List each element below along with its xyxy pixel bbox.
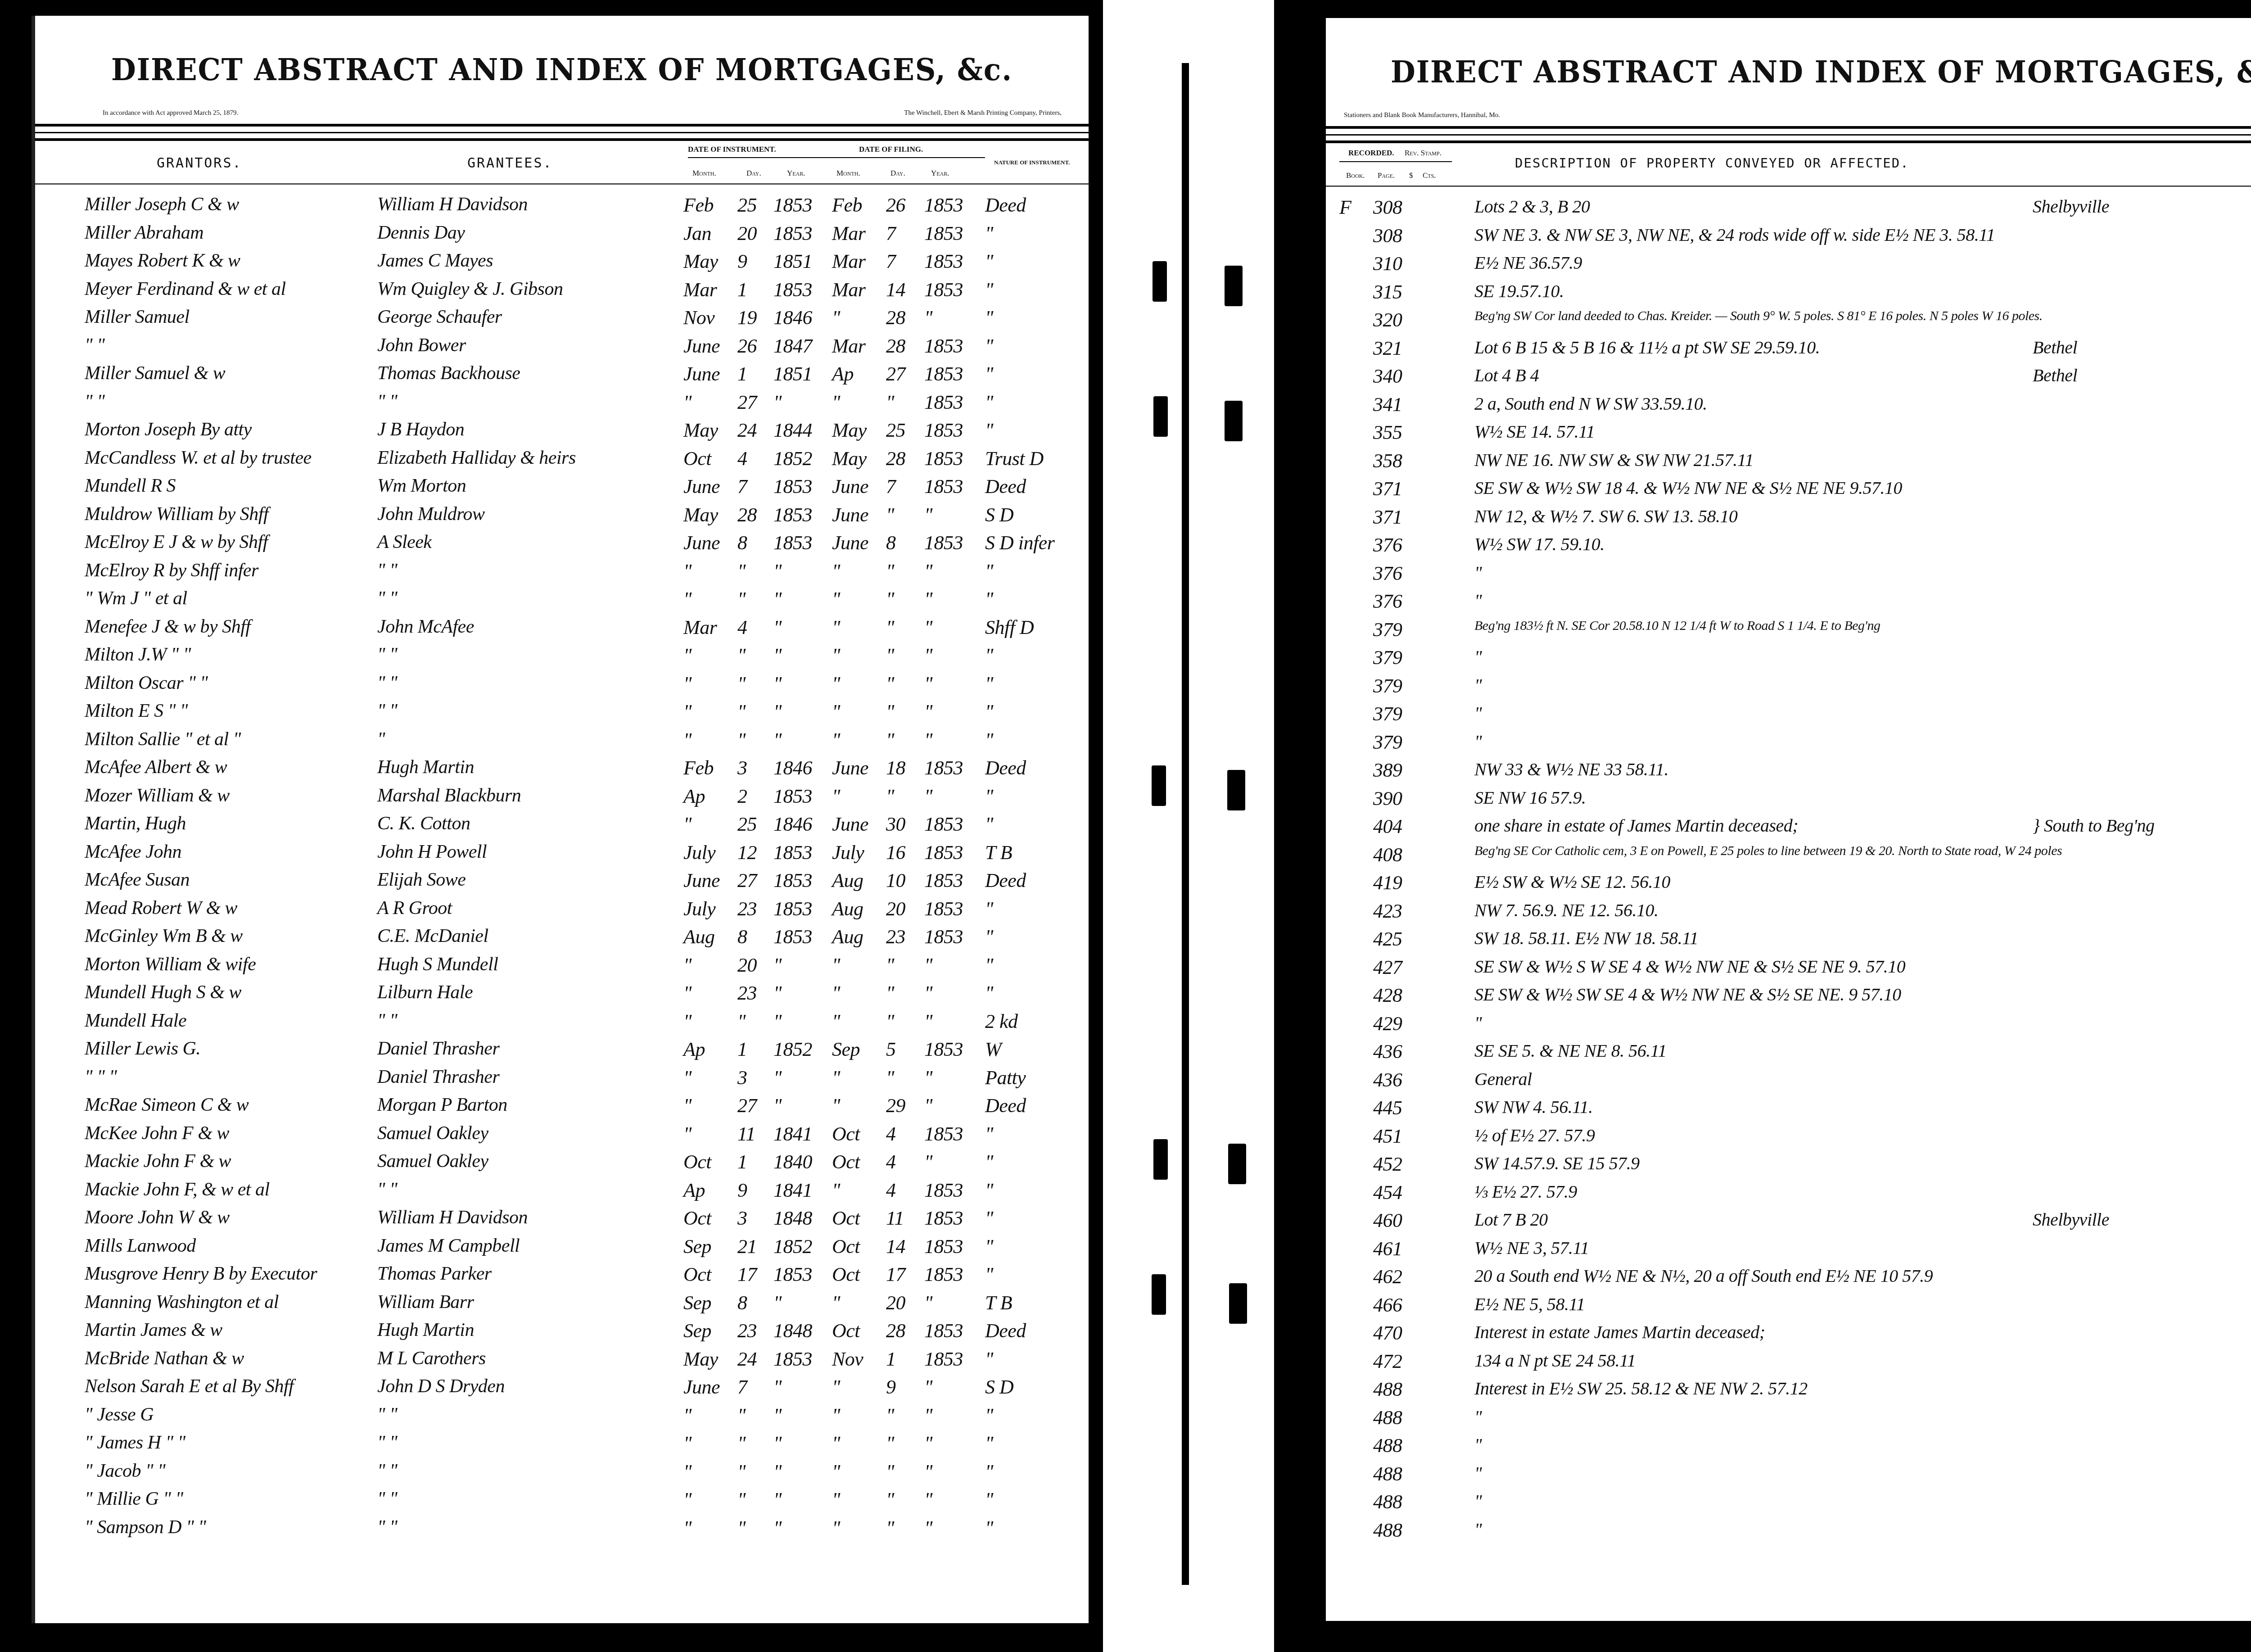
instrument-year: ": [773, 588, 782, 611]
grantee-name: Elijah Sowe: [377, 869, 466, 891]
instrument-day: 8: [737, 925, 747, 948]
binding-tab: [1153, 1139, 1168, 1180]
property-description: ": [1474, 1012, 1482, 1033]
property-description: SW NE 3. & NW SE 3, NW NE, & 24 rods wid…: [1474, 224, 1995, 245]
instrument-day: 20: [737, 954, 757, 977]
nature-of-instrument: S D: [985, 1376, 1013, 1399]
property-description: W½ NE 3, 57.11: [1474, 1237, 1589, 1258]
filing-year: 1853: [924, 1263, 963, 1286]
instrument-month: June: [683, 531, 720, 554]
book-letter: F: [1339, 196, 1351, 219]
grantee-name: J B Haydon: [377, 419, 464, 440]
instrument-month: Feb: [683, 194, 714, 217]
filing-year: 1853: [924, 278, 963, 301]
filing-year: 1853: [924, 194, 963, 217]
nature-of-instrument: ": [985, 1207, 993, 1230]
filing-day: ": [886, 1066, 894, 1089]
nature-of-instrument: ": [985, 785, 993, 808]
grantor-name: McAfee Susan: [85, 869, 190, 891]
nature-of-instrument: ": [985, 419, 993, 442]
instrument-year: 1853: [773, 1348, 812, 1371]
instrument-month: ": [683, 1094, 692, 1117]
nature-of-instrument: ": [985, 1404, 993, 1427]
page-number: 408: [1373, 843, 1402, 866]
filing-year: 1853: [924, 335, 963, 358]
filing-month: ": [832, 700, 840, 723]
instrument-month: Sep: [683, 1291, 711, 1314]
filing-year: 1853: [924, 1207, 963, 1230]
filing-day: ": [886, 729, 894, 751]
printer-note: The Winchell, Ebert & Marsh Printing Com…: [904, 109, 1062, 117]
instrument-day: 19: [737, 306, 757, 329]
filing-month: Oct: [832, 1122, 860, 1145]
property-description: E½ SW & W½ SE 12. 56.10: [1474, 871, 1670, 892]
filing-month: June: [832, 475, 868, 498]
page-number: 320: [1373, 308, 1402, 331]
filing-month: Oct: [832, 1235, 860, 1258]
instrument-year: 1853: [773, 475, 812, 498]
filing-day: 28: [886, 306, 905, 329]
grantor-name: Meyer Ferdinand & w et al: [85, 278, 286, 300]
location-note: } South to Beg'ng: [2033, 815, 2154, 836]
instrument-day: ": [737, 588, 746, 611]
nature-of-instrument: ": [985, 335, 993, 358]
nature-of-instrument: Trust D: [985, 447, 1044, 470]
nature-of-instrument: Deed: [985, 194, 1026, 217]
property-description: ": [1474, 590, 1482, 611]
property-description: Beg'ng 183½ ft N. SE Cor 20.58.10 N 12 1…: [1474, 618, 1880, 634]
filing-month: Aug: [832, 897, 863, 920]
instrument-year: 1852: [773, 447, 812, 470]
filing-day: ": [886, 1432, 894, 1455]
header-rule: [1326, 140, 2251, 143]
instrument-month: Ap: [683, 1179, 705, 1202]
filing-day: ": [886, 391, 894, 414]
filing-year: ": [924, 672, 932, 695]
instrument-month: ": [683, 1122, 692, 1145]
grantee-name: " ": [377, 1404, 397, 1426]
filing-month: Aug: [832, 869, 863, 892]
instrument-day: 25: [737, 194, 757, 217]
filing-year: ": [924, 1094, 932, 1117]
instrument-year: ": [773, 1010, 782, 1033]
grantee-name: " ": [377, 1179, 397, 1200]
page-number: 379: [1373, 731, 1402, 754]
instrument-day: ": [737, 560, 746, 583]
instrument-month: May: [683, 503, 718, 526]
page-number: 379: [1373, 646, 1402, 669]
property-description: Interest in E½ SW 25. 58.12 & NE NW 2. 5…: [1474, 1378, 1808, 1399]
nature-of-instrument: Deed: [985, 1319, 1026, 1342]
page-number: 452: [1373, 1153, 1402, 1176]
recorded-rule: [1339, 161, 1452, 162]
property-description: SE SE 5. & NE NE 8. 56.11: [1474, 1040, 1667, 1061]
grantee-name: William H Davidson: [377, 194, 528, 215]
grantors-header: GRANTORS.: [157, 155, 242, 171]
grantor-name: Miller Samuel & w: [85, 362, 225, 384]
instrument-year: ": [773, 1516, 782, 1539]
grantor-name: " Sampson D " ": [85, 1516, 206, 1538]
instrument-month: Oct: [683, 1150, 711, 1173]
instrument-month: Aug: [683, 925, 714, 948]
grantee-name: William H Davidson: [377, 1207, 528, 1228]
filing-month: June: [832, 756, 868, 779]
filing-day: 4: [886, 1122, 896, 1145]
grantee-name: Dennis Day: [377, 222, 465, 244]
filing-day: ": [886, 1516, 894, 1539]
instrument-day: 27: [737, 869, 757, 892]
instrument-month: ": [683, 1460, 692, 1483]
instrument-month: ": [683, 1516, 692, 1539]
grantee-name: Samuel Oakley: [377, 1122, 488, 1144]
filing-year: ": [924, 729, 932, 751]
page-number: 428: [1373, 984, 1402, 1007]
instrument-month: Jan: [683, 222, 711, 245]
instrument-month: ": [683, 813, 692, 836]
instrument-month: Feb: [683, 756, 714, 779]
instrument-month: Ap: [683, 785, 705, 808]
instrument-day: ": [737, 672, 746, 695]
binding-tab: [1229, 1283, 1247, 1324]
instrument-year: 1851: [773, 362, 812, 385]
filing-day: ": [886, 1010, 894, 1033]
filing-year: 1853: [924, 841, 963, 864]
grantee-name: C. K. Cotton: [377, 813, 470, 834]
instrument-day: ": [737, 644, 746, 667]
property-description: 2 a, South end N W SW 33.59.10.: [1474, 393, 1707, 414]
filing-year: ": [924, 1376, 932, 1399]
binding-tab: [1228, 1144, 1246, 1184]
page-title: DIRECT ABSTRACT AND INDEX OF MORTGAGES, …: [1362, 54, 2251, 90]
page-number: 451: [1373, 1125, 1402, 1148]
instrument-month: ": [683, 672, 692, 695]
grantor-name: Mundell R S: [85, 475, 176, 497]
grantee-name: James M Campbell: [377, 1235, 520, 1257]
property-description: ": [1474, 1434, 1482, 1455]
filing-month: ": [832, 729, 840, 751]
nature-of-instrument: ": [985, 1150, 993, 1173]
grantee-name: James C Mayes: [377, 250, 493, 272]
year-header: Year.: [931, 169, 949, 178]
property-description: W½ SE 14. 57.11: [1474, 421, 1595, 442]
filing-year: ": [924, 700, 932, 723]
grantor-name: Mills Lanwood: [85, 1235, 196, 1257]
filing-year: 1853: [924, 756, 963, 779]
instrument-day: 2: [737, 785, 747, 808]
nature-of-instrument: ": [985, 391, 993, 414]
filing-year: 1853: [924, 391, 963, 414]
nature-of-instrument: ": [985, 672, 993, 695]
filing-year: 1853: [924, 1179, 963, 1202]
instrument-month: ": [683, 729, 692, 751]
instrument-year: ": [773, 644, 782, 667]
gutter-strip-left: [1103, 0, 1193, 1652]
filing-year: ": [924, 1010, 932, 1033]
filing-day: 4: [886, 1150, 896, 1173]
page-number: 371: [1373, 506, 1402, 529]
filing-month: ": [832, 1010, 840, 1033]
filing-month: ": [832, 1179, 840, 1202]
nature-of-instrument: ": [985, 306, 993, 329]
instrument-month: ": [683, 391, 692, 414]
instrument-year: 1853: [773, 925, 812, 948]
filing-day: 18: [886, 756, 905, 779]
page-number: 429: [1373, 1012, 1402, 1035]
header-rule: [35, 138, 1089, 141]
grantor-name: Morton William & wife: [85, 954, 256, 975]
instrument-year: ": [773, 982, 782, 1005]
filing-year: 1853: [924, 813, 963, 836]
grantee-name: Thomas Parker: [377, 1263, 492, 1285]
nature-of-instrument: T B: [985, 1291, 1012, 1314]
nature-of-instrument: ": [985, 222, 993, 245]
grantor-name: Miller Joseph C & w: [85, 194, 239, 215]
grantee-name: C.E. McDaniel: [377, 925, 488, 947]
instrument-day: 17: [737, 1263, 757, 1286]
instrument-year: 1853: [773, 869, 812, 892]
property-description: NW 12, & W½ 7. SW 6. SW 13. 58.10: [1474, 506, 1738, 527]
property-description: General: [1474, 1068, 1532, 1090]
instrument-month: ": [683, 982, 692, 1005]
page-number: 390: [1373, 787, 1402, 810]
nature-of-instrument: ": [985, 1122, 993, 1145]
nature-of-instrument: Patty: [985, 1066, 1026, 1089]
grantee-name: Marshal Blackburn: [377, 785, 521, 806]
property-description: NW 7. 56.9. NE 12. 56.10.: [1474, 900, 1659, 921]
filing-day: 14: [886, 1235, 905, 1258]
grantor-name: Morton Joseph By atty: [85, 419, 252, 440]
instrument-year: ": [773, 1291, 782, 1314]
instrument-month: ": [683, 1432, 692, 1455]
instrument-day: 12: [737, 841, 757, 864]
instrument-day: 8: [737, 531, 747, 554]
filing-day: ": [886, 644, 894, 667]
filing-month: Oct: [832, 1319, 860, 1342]
page-number: 379: [1373, 702, 1402, 725]
nature-of-instrument: ": [985, 1179, 993, 1202]
cents-header: Cts.: [1423, 171, 1436, 180]
page-number: 355: [1373, 421, 1402, 444]
filing-day: 7: [886, 222, 896, 245]
rev-stamp-header: Rev. Stamp.: [1405, 149, 1442, 158]
grantor-name: Nelson Sarah E et al By Shff: [85, 1376, 294, 1397]
grantor-name: " Wm J " et al: [85, 588, 187, 609]
instrument-month: Nov: [683, 306, 714, 329]
property-description: Lot 6 B 15 & 5 B 16 & 11½ a pt SW SE 29.…: [1474, 337, 1820, 358]
location-note: Bethel: [2033, 337, 2077, 358]
filing-month: Oct: [832, 1207, 860, 1230]
page-number: 425: [1373, 928, 1402, 950]
filing-month: ": [832, 1291, 840, 1314]
filing-day: 16: [886, 841, 905, 864]
nature-of-instrument: Deed: [985, 869, 1026, 892]
filing-day: 9: [886, 1376, 896, 1399]
instrument-year: ": [773, 729, 782, 751]
dollars-header: $: [1409, 171, 1413, 180]
gutter-strip-right: [1189, 0, 1274, 1652]
filing-day: 28: [886, 335, 905, 358]
nature-of-instrument: ": [985, 1432, 993, 1455]
grantee-name: " ": [377, 1488, 397, 1510]
grantor-name: Menefee J & w by Shff: [85, 616, 251, 638]
nature-of-instrument: ": [985, 1488, 993, 1511]
instrument-month: ": [683, 700, 692, 723]
filing-month: Oct: [832, 1263, 860, 1286]
filing-month: ": [832, 1432, 840, 1455]
property-description: ": [1474, 1490, 1482, 1512]
filing-year: 1853: [924, 475, 963, 498]
page-number: 308: [1373, 224, 1402, 247]
page-number: 462: [1373, 1265, 1402, 1288]
nature-of-instrument: T B: [985, 841, 1012, 864]
instrument-year: ": [773, 560, 782, 583]
filing-year: ": [924, 1291, 932, 1314]
grantee-name: " ": [377, 1516, 397, 1538]
page-number: 488: [1373, 1519, 1402, 1542]
instrument-day: 4: [737, 616, 747, 639]
property-description: ": [1474, 562, 1482, 583]
filing-month: May: [832, 447, 867, 470]
filing-month: ": [832, 785, 840, 808]
page-number: 427: [1373, 956, 1402, 979]
grantee-name: " ": [377, 560, 397, 581]
filing-year: ": [924, 306, 932, 329]
instrument-year: 1853: [773, 531, 812, 554]
page-number: 340: [1373, 365, 1402, 388]
instrument-year: 1851: [773, 250, 812, 273]
grantor-name: " James H " ": [85, 1432, 185, 1453]
grantee-name: Samuel Oakley: [377, 1150, 488, 1172]
page-number: 419: [1373, 871, 1402, 894]
property-description: ": [1474, 646, 1482, 667]
grantor-name: Mozer William & w: [85, 785, 230, 806]
instrument-day: 20: [737, 222, 757, 245]
instrument-day: 3: [737, 1207, 747, 1230]
grantee-name: Hugh S Mundell: [377, 954, 498, 975]
instrument-day: 21: [737, 1235, 757, 1258]
filing-month: June: [832, 531, 868, 554]
page-number: 341: [1373, 393, 1402, 416]
grantee-name: Morgan P Barton: [377, 1094, 507, 1116]
day-header: Day.: [890, 169, 905, 178]
property-description: ": [1474, 1462, 1482, 1484]
instrument-day: 25: [737, 813, 757, 836]
nature-of-instrument: ": [985, 1516, 993, 1539]
nature-of-instrument: Deed: [985, 475, 1026, 498]
nature-of-instrument: ": [985, 897, 993, 920]
grantor-name: Martin, Hugh: [85, 813, 186, 834]
filing-month: Feb: [832, 194, 862, 217]
instrument-month: Oct: [683, 447, 711, 470]
instrument-day: 23: [737, 897, 757, 920]
property-description: 134 a N pt SE 24 58.11: [1474, 1350, 1636, 1371]
grantor-name: Mundell Hale: [85, 1010, 186, 1032]
instrument-month: ": [683, 560, 692, 583]
filing-year: ": [924, 1066, 932, 1089]
page-number: 308: [1373, 196, 1402, 219]
header-rule: [35, 132, 1089, 133]
filing-day: 20: [886, 897, 905, 920]
property-description: ⅓ E½ 27. 57.9: [1474, 1181, 1577, 1202]
instrument-month: June: [683, 362, 720, 385]
filing-month: ": [832, 306, 840, 329]
grantor-name: McAfee John: [85, 841, 181, 863]
nature-of-instrument: ": [985, 588, 993, 611]
grantee-name: Daniel Thrasher: [377, 1066, 499, 1088]
property-description: Beg'ng SE Cor Catholic cem, 3 E on Powel…: [1474, 843, 2062, 859]
grantee-name: John D S Dryden: [377, 1376, 505, 1397]
filing-day: ": [886, 785, 894, 808]
grantee-name: Lilburn Hale: [377, 982, 473, 1003]
instrument-month: Oct: [683, 1263, 711, 1286]
grantor-name: McElroy R by Shff infer: [85, 560, 258, 581]
instrument-month: July: [683, 897, 715, 920]
page-number: 358: [1373, 449, 1402, 472]
grantor-name: " Jesse G: [85, 1404, 154, 1426]
filing-day: 11: [886, 1207, 904, 1230]
instrument-month: Mar: [683, 616, 717, 639]
filing-year: ": [924, 1404, 932, 1427]
instrument-day: ": [737, 1432, 746, 1455]
binding-tab: [1153, 261, 1167, 302]
filing-year: ": [924, 560, 932, 583]
day-header: Day.: [746, 169, 761, 178]
grantor-name: Mackie John F, & w et al: [85, 1179, 270, 1200]
page-number: 472: [1373, 1350, 1402, 1373]
instrument-month: ": [683, 954, 692, 977]
filing-month: ": [832, 560, 840, 583]
filing-day: ": [886, 672, 894, 695]
page-number: 389: [1373, 759, 1402, 782]
page-header: Page.: [1378, 171, 1395, 180]
header-rule: [35, 124, 1089, 127]
page-number: 436: [1373, 1068, 1402, 1091]
page-number: 315: [1373, 281, 1402, 303]
grantor-name: " ": [85, 335, 104, 356]
filing-month: ": [832, 616, 840, 639]
filing-year: 1853: [924, 1235, 963, 1258]
property-description: ": [1474, 674, 1482, 696]
date-of-filing-header: DATE OF FILING.: [859, 145, 923, 154]
grantor-name: Milton Sallie " et al ": [85, 729, 241, 750]
filing-day: 1: [886, 1348, 896, 1371]
act-note: In accordance with Act approved March 25…: [103, 109, 238, 117]
grantee-name: " ": [377, 672, 397, 694]
filing-month: Sep: [832, 1038, 860, 1061]
nature-of-instrument: ": [985, 1235, 993, 1258]
instrument-month: May: [683, 419, 718, 442]
instrument-month: ": [683, 588, 692, 611]
filing-year: 1853: [924, 1348, 963, 1371]
nature-of-instrument-header: NATURE OF INSTRUMENT.: [994, 159, 1070, 166]
instrument-month: Mar: [683, 278, 717, 301]
instrument-day: 11: [737, 1122, 755, 1145]
page-number: 460: [1373, 1209, 1402, 1232]
property-description: one share in estate of James Martin dece…: [1474, 815, 1798, 836]
instrument-day: ": [737, 729, 746, 751]
grantee-name: " ": [377, 1010, 397, 1032]
grantor-name: McRae Simeon C & w: [85, 1094, 249, 1116]
property-description: ½ of E½ 27. 57.9: [1474, 1125, 1595, 1146]
property-description: NW NE 16. NW SW & SW NW 21.57.11: [1474, 449, 1754, 471]
instrument-day: 7: [737, 1376, 747, 1399]
instrument-day: 23: [737, 982, 757, 1005]
nature-of-instrument: ": [985, 362, 993, 385]
property-description: Lots 2 & 3, B 20: [1474, 196, 1590, 217]
property-description: ": [1474, 731, 1482, 752]
nature-of-instrument: ": [985, 925, 993, 948]
filing-day: 10: [886, 869, 905, 892]
